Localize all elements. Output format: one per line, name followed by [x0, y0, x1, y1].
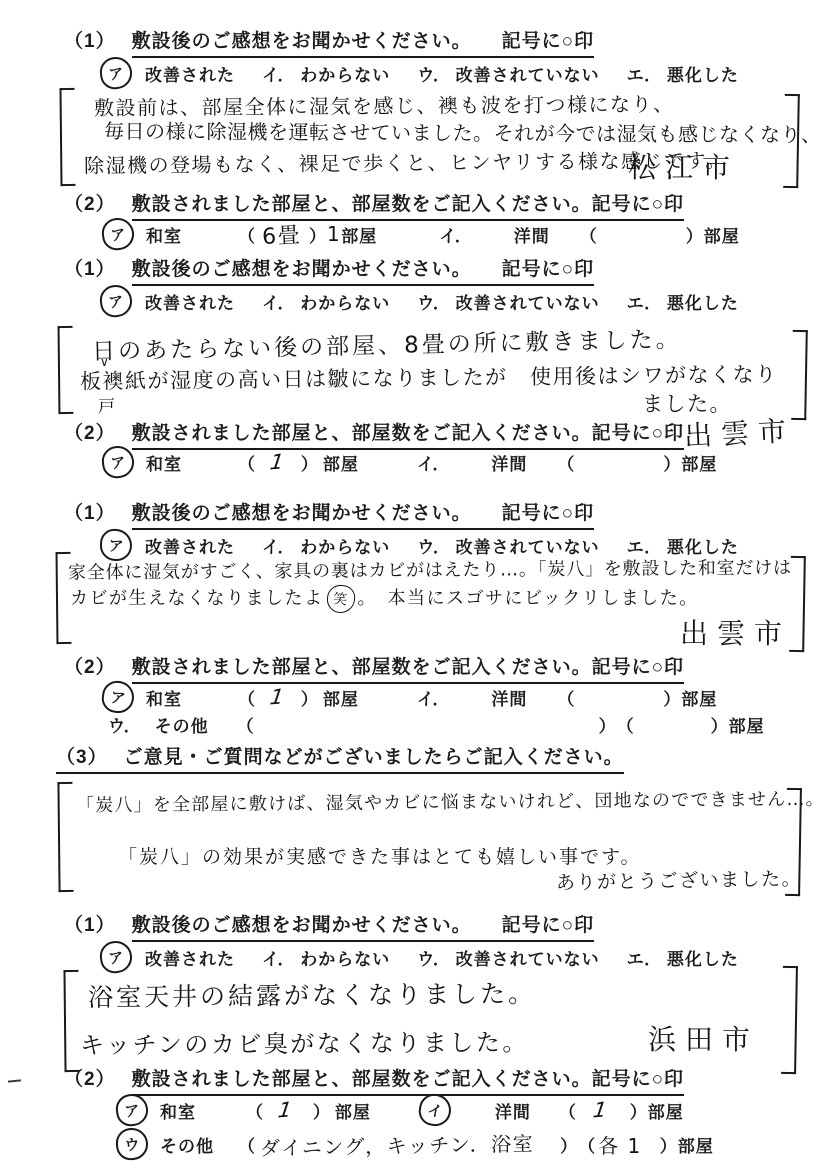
- room-label-sonota: その他: [160, 1132, 214, 1157]
- option-d: エ． 悪化した: [627, 289, 739, 314]
- q2-room-row-c1: ア 和室 （ 1 ） 部屋 イ． 洋間 （ ） 部屋: [102, 681, 717, 713]
- handwritten-room-count: 1: [327, 222, 341, 246]
- paren-open: （: [246, 1098, 264, 1123]
- q1-options-b: ア 改善された イ． わからない ウ． 改善されていない エ． 悪化した: [100, 285, 739, 317]
- room-label-youma: 洋間: [495, 1098, 531, 1123]
- q2-heading-a: （2）敷設されました部屋と、部屋数をご記入ください。記号に○印: [64, 189, 684, 221]
- circled-answer-a: ア: [100, 216, 136, 252]
- option-label-kaizensarete-inai: 改善されていない: [456, 950, 600, 969]
- room-unit: 部屋: [704, 222, 740, 247]
- paren-close: ）: [309, 222, 327, 247]
- q3-heading: （3）ご意見・ご質問などがございましたらご記入ください。: [56, 742, 624, 774]
- circled-answer-a: ア: [114, 1092, 150, 1128]
- room-label-youma: 洋間: [491, 685, 527, 710]
- city-label-hamada: 浜田市: [648, 1018, 759, 1058]
- q1-mark-note: 記号に○印: [502, 259, 594, 280]
- q2-title: 敷設されました部屋と、部屋数をご記入ください。記号に○印: [132, 652, 684, 684]
- paren-open: （: [238, 685, 256, 710]
- option-key-b: イ．: [262, 66, 294, 85]
- scanned-survey-document: （1）敷設後のご感想をお聞かせください。記号に○印 ア 改善された イ． わから…: [0, 0, 826, 1169]
- bracket-right: [791, 330, 808, 420]
- paren-close: ）: [301, 450, 319, 475]
- q2-room-row-d2: ウ その他 （ ダイニング，キッチン．浴室 ） （ 各 1 ） 部屋: [116, 1128, 714, 1160]
- q1-number: （1）: [64, 915, 116, 936]
- q2-number: （2）: [64, 1069, 116, 1090]
- q2-number: （2）: [64, 194, 116, 215]
- room-key-a: ア: [109, 451, 126, 474]
- paren-open: （: [580, 222, 598, 247]
- room-unit: 部屋: [323, 685, 359, 710]
- room-unit: 部屋: [681, 450, 717, 475]
- option-b: イ． わからない: [262, 61, 390, 86]
- option-label-akkashita: 悪化した: [667, 66, 739, 85]
- paren-close: ）: [686, 222, 704, 247]
- room-unit: 部屋: [729, 712, 765, 737]
- q1-mark-note: 記号に○印: [502, 503, 594, 524]
- option-c: ウ． 改善されていない: [417, 61, 599, 86]
- circled-answer-a: ア: [98, 939, 134, 975]
- bracket-left: [58, 326, 74, 414]
- q1-heading-a: （1）敷設後のご感想をお聞かせください。記号に○印: [64, 26, 594, 58]
- paren-open: （: [578, 1132, 596, 1157]
- room-label-youma: 洋間: [514, 222, 550, 247]
- handwritten-annotation-to: 戸: [98, 392, 117, 417]
- room-label-washitsu: 和室: [160, 1098, 196, 1123]
- room-unit: 部屋: [335, 1098, 371, 1123]
- room-key-a: ア: [109, 686, 127, 709]
- option-key-b: イ．: [262, 538, 294, 557]
- circled-answer-a: ア: [100, 679, 136, 715]
- laugh-character: 笑: [332, 588, 350, 610]
- option-key-a: ア: [107, 946, 124, 969]
- q3-number: （3）: [56, 747, 108, 768]
- bracket-left: [57, 782, 73, 892]
- q3-title: ご意見・ご質問などがございましたらご記入ください。: [124, 747, 624, 768]
- bracket-left: [59, 88, 75, 186]
- option-label-kaizen: 改善された: [145, 533, 235, 558]
- handwritten-room-size: 6畳: [261, 218, 302, 251]
- option-key-a: ア: [107, 62, 124, 85]
- handwritten-text: 。 本当にスゴサにビックリしました。: [358, 588, 699, 609]
- room-key-a: ア: [109, 223, 126, 246]
- q1-options-d: ア 改善された イ． わからない ウ． 改善されていない エ． 悪化した: [100, 941, 739, 973]
- handwritten-room-count-each: 各 1: [598, 1130, 642, 1159]
- option-b: イ． わからない: [262, 533, 390, 558]
- option-key-a: ア: [107, 290, 124, 313]
- paren-open: （: [238, 222, 256, 247]
- option-label-kaizensarete-inai: 改善されていない: [456, 294, 600, 313]
- option-key-c: ウ．: [417, 294, 450, 313]
- q2-number: （2）: [64, 657, 116, 678]
- option-c: ウ． 改善されていない: [417, 289, 599, 314]
- q2-room-row-b: ア 和室 （ 1 ） 部屋 イ． 洋間 （ ） 部屋: [102, 446, 717, 478]
- bracket-left: [63, 970, 79, 1072]
- room-unit: 部屋: [681, 685, 717, 710]
- q2-title: 敷設されました部屋と、部屋数をご記入ください。記号に○印: [132, 1064, 684, 1096]
- option-label-kaizen: 改善された: [145, 289, 235, 314]
- option-key-d: エ．: [627, 66, 662, 85]
- option-label-kaizensarete-inai: 改善されていない: [456, 538, 600, 557]
- option-key-b: イ．: [262, 950, 294, 969]
- q1-heading-d: （1）敷設後のご感想をお聞かせください。記号に○印: [64, 910, 594, 942]
- option-b: イ． わからない: [262, 945, 390, 970]
- bracket-right: [781, 966, 798, 1074]
- handwritten-comment-line: 家全体に湿気がすごく、家具の裏はカビがはえたり…。「炭八」を敷設した和室だけは: [68, 553, 792, 584]
- room-key-a: ア: [123, 1099, 140, 1122]
- room-key-c: ウ: [124, 1133, 140, 1155]
- circled-laugh-mark: 笑: [325, 584, 356, 615]
- option-d: エ． 悪化した: [627, 61, 739, 86]
- room-unit: 部屋: [323, 450, 359, 475]
- room-label-washitsu: 和室: [146, 222, 182, 247]
- option-label-kaizen: 改善された: [145, 945, 235, 970]
- room-unit: 部屋: [648, 1098, 684, 1123]
- handwritten-room-count: 1: [266, 685, 289, 710]
- handwritten-insertion-caret: ∨: [100, 355, 110, 369]
- circled-answer-b: イ: [417, 1092, 454, 1129]
- paren-open: （: [238, 1132, 256, 1157]
- handwritten-room-count: 1: [266, 450, 289, 475]
- room-key-b: イ．: [417, 450, 449, 475]
- handwritten-comment-line: 毎日の様に除湿機を運転させていました。それが今では湿気も感じなくなり、: [104, 115, 822, 148]
- circled-answer-a: ア: [99, 528, 133, 562]
- option-key-c: ウ．: [417, 950, 450, 969]
- q1-number: （1）: [64, 31, 116, 52]
- room-key-b: イ．: [439, 222, 471, 247]
- option-key-d: エ．: [627, 294, 662, 313]
- room-label-washitsu: 和室: [146, 450, 182, 475]
- paren-close: ）: [711, 712, 729, 737]
- paren-open: （: [557, 450, 575, 475]
- city-label-izumo: 出雲市: [680, 612, 791, 652]
- paren-close: ）: [313, 1098, 331, 1123]
- circled-answer-a: ア: [98, 283, 134, 319]
- q1-title: 敷設後のご感想をお聞かせください。: [132, 503, 472, 524]
- q1-number: （1）: [64, 259, 116, 280]
- circled-answer-a: ア: [98, 55, 134, 91]
- paren-open: （: [237, 712, 255, 737]
- handwritten-comment-line: カビが生えなくなりましたよ笑。 本当にスゴサにビックリしました。: [70, 584, 699, 613]
- option-label-wakaranai: わからない: [300, 294, 390, 313]
- q1-options-a: ア 改善された イ． わからない ウ． 改善されていない エ． 悪化した: [100, 57, 739, 89]
- room-key-b: イ．: [417, 685, 449, 710]
- q1-mark-note: 記号に○印: [502, 915, 594, 936]
- paren-open: （: [557, 685, 575, 710]
- option-label-akkashita: 悪化した: [667, 294, 739, 313]
- scan-artifact-mark: [8, 1079, 21, 1082]
- handwritten-comment-line: キッチンのカビ臭がなくなりました。: [80, 1022, 529, 1060]
- paren-close: ）: [663, 450, 681, 475]
- room-key-b: イ: [426, 1098, 444, 1121]
- handwritten-comment-line: ありがとうございました。: [556, 864, 802, 895]
- option-key-c: ウ．: [417, 66, 450, 85]
- option-b: イ． わからない: [262, 289, 390, 314]
- paren-close: ）: [663, 685, 681, 710]
- option-label-kaizen: 改善された: [145, 61, 235, 86]
- q2-room-row-c2: ウ． その他 （ ） （ ） 部屋: [108, 712, 765, 737]
- q2-room-row-d1: ア 和室 （ 1 ） 部屋 イ 洋間 （ 1 ） 部屋: [116, 1094, 684, 1126]
- q1-heading-b: （1）敷設後のご感想をお聞かせください。記号に○印: [64, 254, 594, 286]
- city-label-matsue: 松江市: [628, 146, 739, 186]
- room-unit: 部屋: [678, 1132, 714, 1157]
- option-key-c: ウ．: [417, 538, 450, 557]
- handwritten-comment-line: 「炭八」の効果が実感できた事はとても嬉しい事です。: [118, 842, 641, 869]
- room-label-washitsu: 和室: [146, 685, 182, 710]
- paren-close: ）: [560, 1132, 578, 1157]
- option-key-a: ア: [108, 534, 124, 556]
- q1-title: 敷設後のご感想をお聞かせください。: [132, 915, 472, 936]
- handwritten-other-rooms: ダイニング，キッチン．浴室: [260, 1127, 535, 1161]
- q1-title: 敷設後のご感想をお聞かせください。: [132, 259, 472, 280]
- room-key-c: ウ．: [108, 712, 141, 737]
- option-label-wakaranai: わからない: [300, 950, 390, 969]
- circled-answer-a: ア: [100, 444, 136, 480]
- paren-close: ）: [301, 685, 319, 710]
- option-c: ウ． 改善されていない: [417, 945, 599, 970]
- room-label-youma: 洋間: [491, 450, 527, 475]
- room-unit: 部屋: [341, 222, 377, 247]
- q1-mark-note: 記号に○印: [502, 31, 594, 52]
- q1-heading-c: （1）敷設後のご感想をお聞かせください。記号に○印: [64, 498, 594, 530]
- paren-close: ）: [630, 1098, 648, 1123]
- option-label-akkashita: 悪化した: [667, 950, 739, 969]
- q2-room-row-a: ア 和室 （ 6畳 ） 1 部屋 イ． 洋間 （ ） 部屋: [102, 218, 740, 250]
- option-label-wakaranai: わからない: [300, 538, 390, 557]
- handwritten-text: カビが生えなくなりましたよ: [70, 588, 324, 609]
- handwritten-comment-line: 浴室天井の結露がなくなりました。: [88, 974, 536, 1014]
- room-label-sonota: その他: [155, 712, 209, 737]
- option-label-kaizensarete-inai: 改善されていない: [456, 66, 600, 85]
- option-key-d: エ．: [627, 950, 662, 969]
- circled-answer-c: ウ: [115, 1127, 149, 1161]
- q1-number: （1）: [64, 503, 116, 524]
- handwritten-comment-line: 「炭八」を全部屋に敷けば、湿気やカビに悩まないけれど、団地なのでできません…。: [76, 785, 825, 818]
- option-label-wakaranai: わからない: [300, 66, 390, 85]
- option-key-b: イ．: [262, 294, 294, 313]
- paren-close: ）: [660, 1132, 678, 1157]
- handwritten-room-count: 1: [274, 1098, 297, 1123]
- q2-title: 敷設されました部屋と、部屋数をご記入ください。記号に○印: [132, 189, 684, 221]
- q2-heading-c: （2）敷設されました部屋と、部屋数をご記入ください。記号に○印: [64, 652, 684, 684]
- option-d: エ． 悪化した: [627, 945, 739, 970]
- paren-open: （: [559, 1098, 577, 1123]
- paren-open: （: [238, 450, 256, 475]
- paren-open: （: [617, 712, 635, 737]
- paren-close: ）: [599, 712, 617, 737]
- handwritten-room-count: 1: [589, 1098, 612, 1123]
- q2-heading-d: （2）敷設されました部屋と、部屋数をご記入ください。記号に○印: [64, 1064, 684, 1096]
- q2-number: （2）: [64, 423, 116, 444]
- option-c: ウ． 改善されていない: [417, 533, 599, 558]
- q1-title: 敷設後のご感想をお聞かせください。: [132, 31, 472, 52]
